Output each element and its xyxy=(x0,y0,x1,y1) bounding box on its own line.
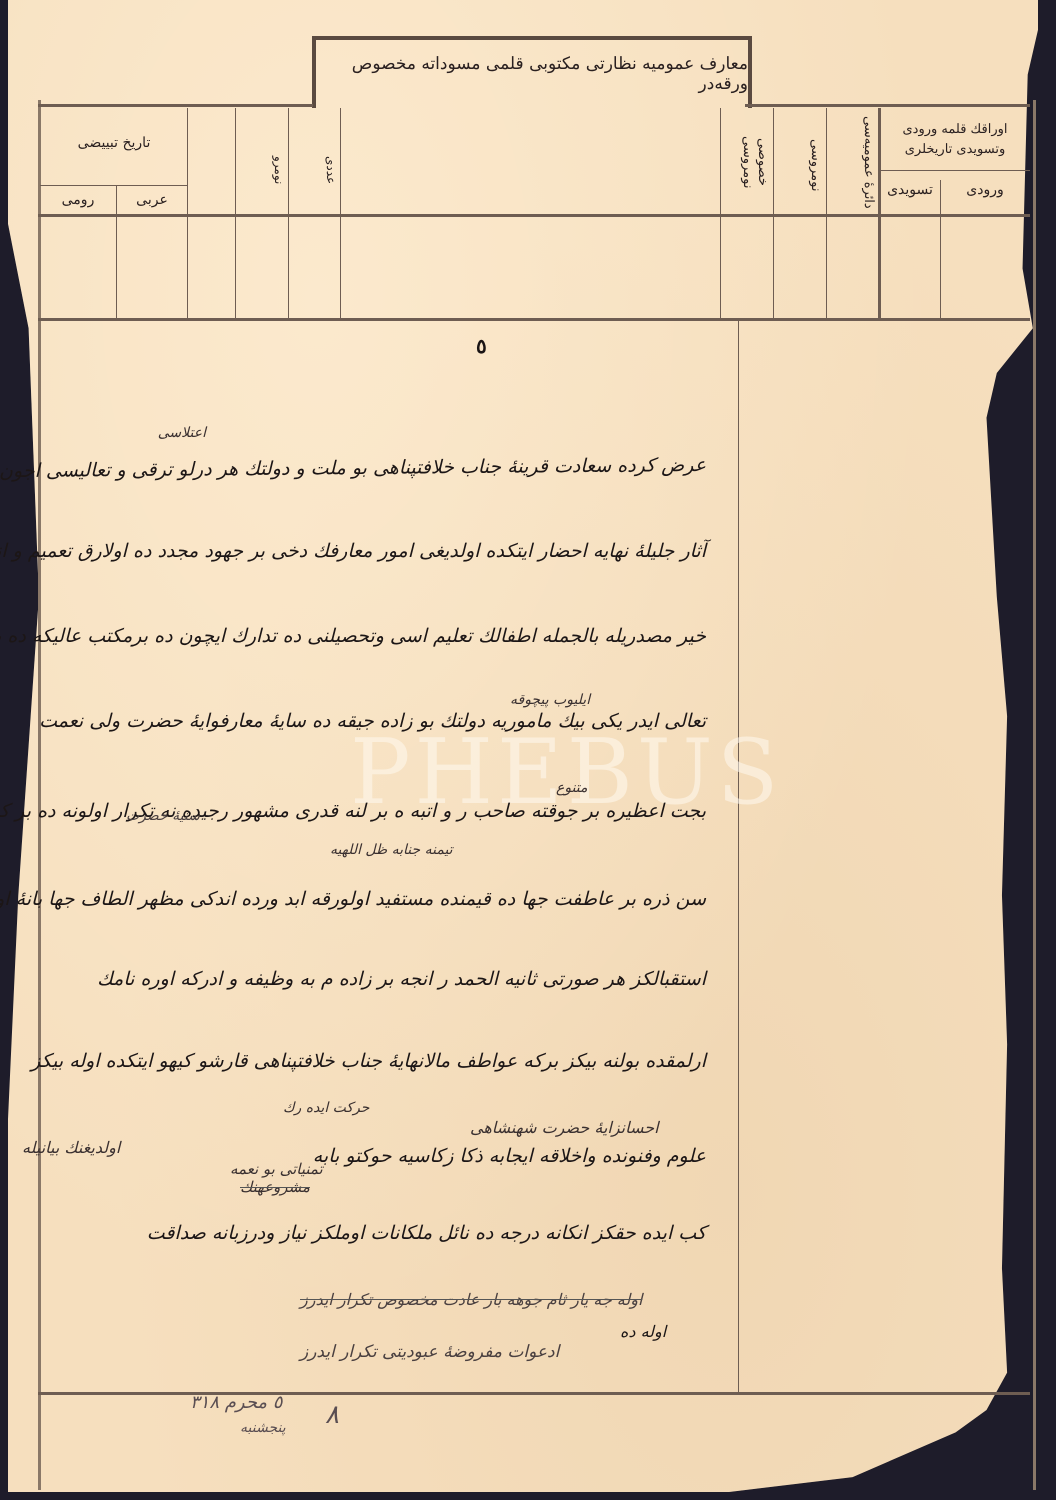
interlinear-note: اعتلاسی xyxy=(158,425,206,441)
margin-note: اولدیغنك بیانیله xyxy=(22,1138,120,1157)
footer-rule xyxy=(38,1392,1030,1395)
rumi-label: رومی xyxy=(42,192,114,208)
interlinear-note: احسانزایهٔ حضرت شهنشاهی xyxy=(470,1118,659,1137)
body-column-divider xyxy=(738,318,739,1392)
dairesi-label: دائرهٔ عمومیه‌سی xyxy=(830,112,876,212)
footer-date: ٥ محرم ٣١٨ xyxy=(190,1392,282,1413)
divider xyxy=(340,108,341,318)
form-title-box: معارف عمومیه نظارتی مكتوبی قلمی مسوداته … xyxy=(312,36,752,108)
arabi-label: عربی xyxy=(118,192,186,208)
divider xyxy=(826,108,827,318)
divider xyxy=(40,185,188,186)
divider xyxy=(116,185,117,318)
hususi-numero-label: خصوصی نومروسی xyxy=(724,112,770,212)
divider xyxy=(288,108,289,318)
body-line-4: تعالی ایدر یكی بیك ماموریه دولتك بو زاده… xyxy=(66,710,706,732)
teswidi-label: تسویدی xyxy=(880,182,940,198)
divider xyxy=(880,170,1030,171)
interlinear-note: متنوع xyxy=(556,780,588,796)
divider xyxy=(773,108,774,318)
divider xyxy=(940,180,941,318)
footer-day: پنجشنبه xyxy=(240,1420,286,1436)
body-line-10: كب ایده حقكز انكانه درجه ده نائل ملكانات… xyxy=(66,1222,706,1244)
body-line-11: اوله ده xyxy=(620,1322,666,1341)
body-line-8: ارلمقده بولنه بیكز بركه عواطف مالانهایهٔ… xyxy=(66,1050,706,1072)
divider xyxy=(187,108,188,318)
body-line-2: آثار جلیلهٔ نهایه احضار ایتكده اولدیغی ا… xyxy=(66,540,706,562)
divider xyxy=(720,108,721,318)
header-top-rule-right xyxy=(745,104,1030,107)
body-line-12: ادعوات مفروضهٔ عبودیتی تكرار ایدرز xyxy=(300,1342,559,1362)
body-line-6: سن ذره بر عاطفت جها ده قیمنده مستفید اول… xyxy=(66,888,706,910)
body-line-7: استقبالكز هر صورتی ثانیه الحمد ر انجه بر… xyxy=(66,968,706,990)
interlinear-note: حركت ایده رك xyxy=(283,1100,369,1116)
tebyiz-tarihi-label: تاریخ تبییضی xyxy=(42,135,186,151)
interlinear-note: تیمنه جنابه ظل اللهیه xyxy=(330,842,453,858)
col-b-label: عددی xyxy=(290,140,338,200)
form-title: معارف عمومیه نظارتی مكتوبی قلمی مسوداته … xyxy=(316,54,748,94)
interlinear-note: تمنیاتی بو نعمه xyxy=(230,1160,323,1178)
body-line-9: علوم وفنونده واخلاقه ایجابه ذكا زكاسیه ح… xyxy=(66,1145,706,1167)
divider xyxy=(878,108,881,318)
margin-note: سنیهٔ حضرت xyxy=(126,808,200,824)
numero-label: نومروسی xyxy=(777,125,823,205)
page-number: ٥ xyxy=(476,334,487,358)
body-line-3: خیر مصدریله بالجمله اطفالك تعلیم اسی وتح… xyxy=(66,625,706,647)
col-a-label: نومرو xyxy=(236,140,286,200)
entry-dates-label: اوراقك قلمه ورودی وتسویدی تاریخلری xyxy=(882,120,1028,160)
vurudi-label: ورودی xyxy=(942,182,1028,198)
footer-page-mark: ٨ xyxy=(325,1400,339,1430)
struck-text: اوله جه یار ثام جوهه بار عادت مخصوص تكرا… xyxy=(300,1290,642,1309)
header-top-rule-left xyxy=(38,104,313,107)
struck-text: مشروعهنك xyxy=(240,1178,310,1196)
interlinear-note: ایلیوب پیچوقه xyxy=(510,692,590,708)
header-bottom-rule xyxy=(38,318,1030,321)
